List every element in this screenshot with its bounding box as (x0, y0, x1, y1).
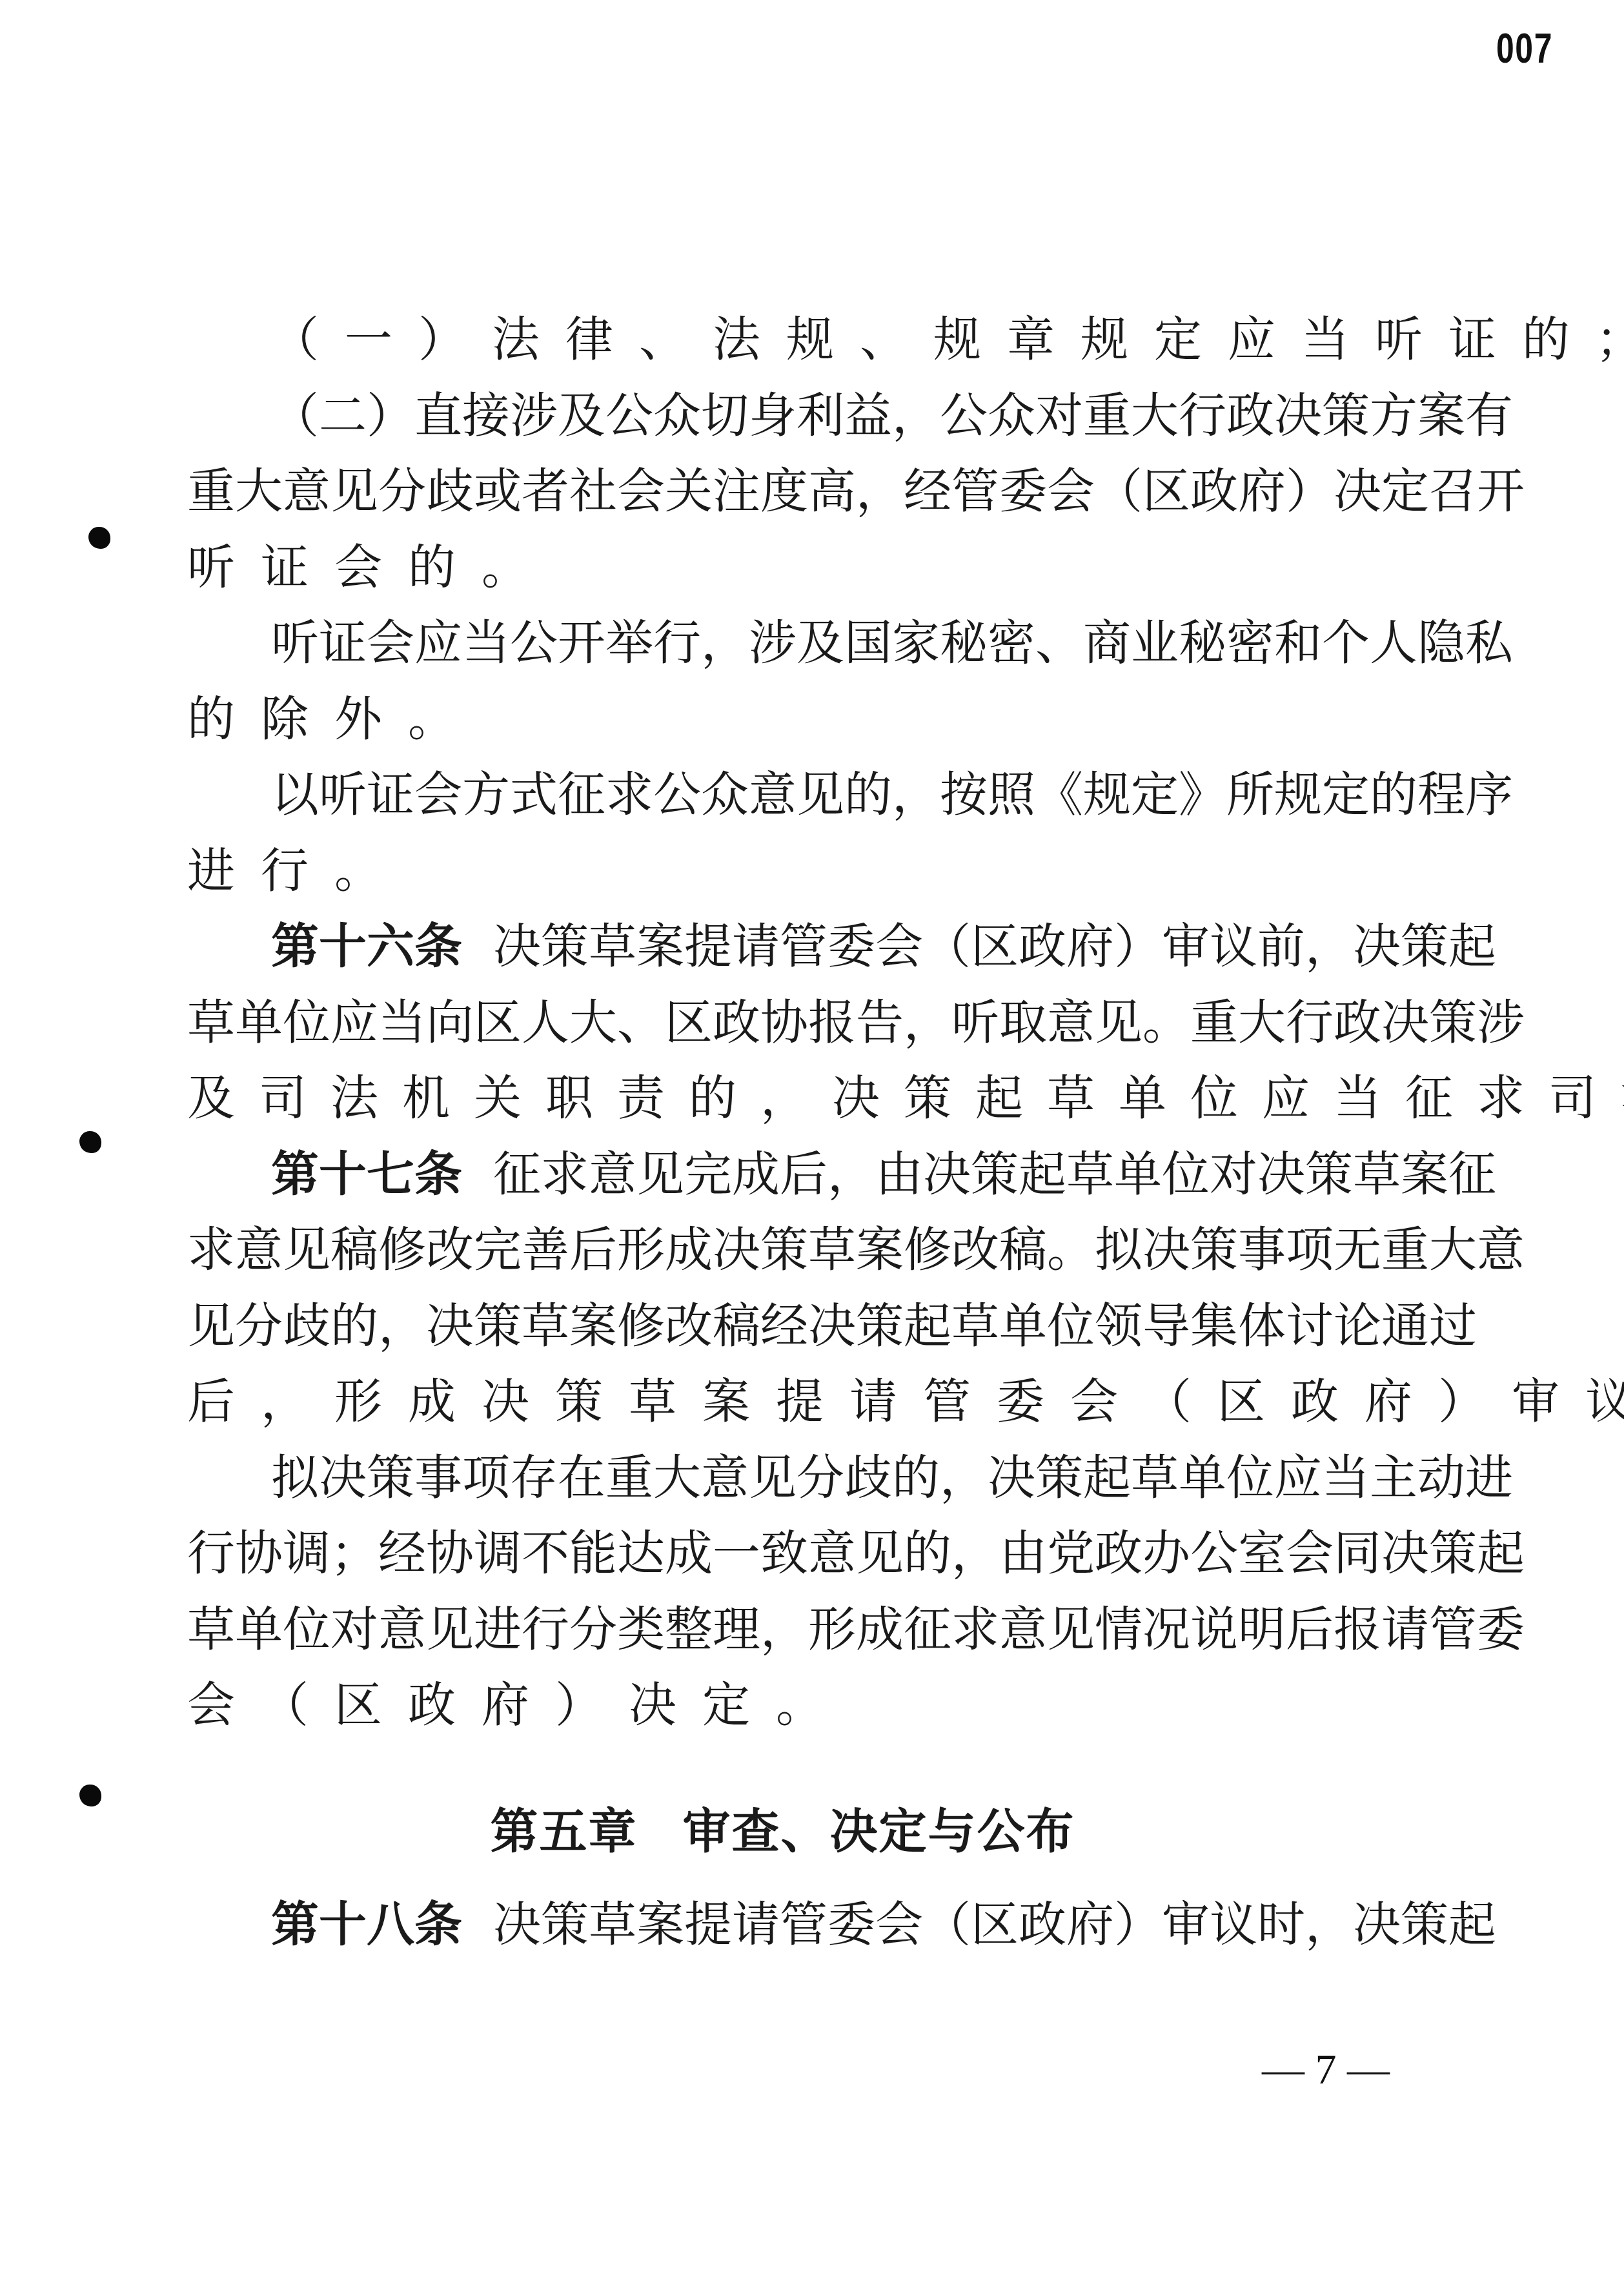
article-17-line: 见分歧的，决策草案修改稿经决策起草单位领导集体讨论通过 (187, 1289, 1378, 1365)
article-17-line: 后，形成决策草案提请管委会（区政府）审议。 (187, 1364, 1378, 1440)
article-17-line: 第十七条征求意见完成后，由决策起草单位对决策草案征 (187, 1137, 1378, 1213)
article-18-line: 第十八条决策草案提请管委会（区政府）审议时，决策起 (187, 1887, 1378, 1963)
page-stamp-number: 007 (1496, 25, 1553, 72)
body-line: （一）法律、法规、规章规定应当听证的； (187, 302, 1378, 378)
article-18-label: 第十八条 (271, 1897, 462, 1952)
body-line: 的除外。 (187, 682, 1378, 758)
article-16-line: 及司法机关职责的，决策起草单位应当征求司法机关意见。 (187, 1061, 1378, 1137)
body-line: 以听证会方式征求公众意见的，按照《规定》所规定的程序 (187, 757, 1378, 834)
chapter-number: 第五章 (491, 1804, 638, 1859)
page-number: — 7 — (1262, 2045, 1390, 2094)
binding-hole-mark (79, 1785, 101, 1806)
article-17-para2-line: 拟决策事项存在重大意见分歧的，决策起草单位应当主动进 (187, 1440, 1378, 1517)
article-17-para2-line: 会（区政府）决定。 (187, 1668, 1378, 1744)
document-body: （一）法律、法规、规章规定应当听证的； （二）直接涉及公众切身利益，公众对重大行… (187, 302, 1378, 1963)
article-17-label: 第十七条 (271, 1147, 462, 1202)
article-17-line: 求意见稿修改完善后形成决策草案修改稿。拟决策事项无重大意 (187, 1213, 1378, 1289)
article-16-line: 草单位应当向区人大、区政协报告，听取意见。重大行政决策涉 (187, 985, 1378, 1061)
body-line: 重大意见分歧或者社会关注度高，经管委会（区政府）决定召开 (187, 454, 1378, 530)
body-line: 听证会的。 (187, 530, 1378, 606)
article-16-label: 第十六条 (271, 919, 462, 974)
body-line: （二）直接涉及公众切身利益，公众对重大行政决策方案有 (187, 378, 1378, 455)
article-16-line: 第十六条决策草案提请管委会（区政府）审议前，决策起 (187, 909, 1378, 985)
article-16-text: 决策草案提请管委会（区政府）审议前，决策起 (493, 919, 1496, 974)
article-17-para2-line: 行协调；经协调不能达成一致意见的，由党政办公室会同决策起 (187, 1516, 1378, 1592)
binding-hole-mark (88, 527, 110, 549)
chapter-heading: 第五章审查、决定与公布 (187, 1744, 1378, 1881)
body-line: 听证会应当公开举行，涉及国家秘密、商业秘密和个人隐私 (187, 606, 1378, 682)
article-18-text: 决策草案提请管委会（区政府）审议时，决策起 (493, 1897, 1496, 1952)
article-17-para2-line: 草单位对意见进行分类整理，形成征求意见情况说明后报请管委 (187, 1592, 1378, 1668)
chapter-title: 审查、决定与公布 (683, 1804, 1075, 1859)
body-line: 进行。 (187, 834, 1378, 910)
binding-hole-mark (79, 1131, 101, 1153)
article-17-text: 征求意见完成后，由决策起草单位对决策草案征 (493, 1147, 1496, 1202)
